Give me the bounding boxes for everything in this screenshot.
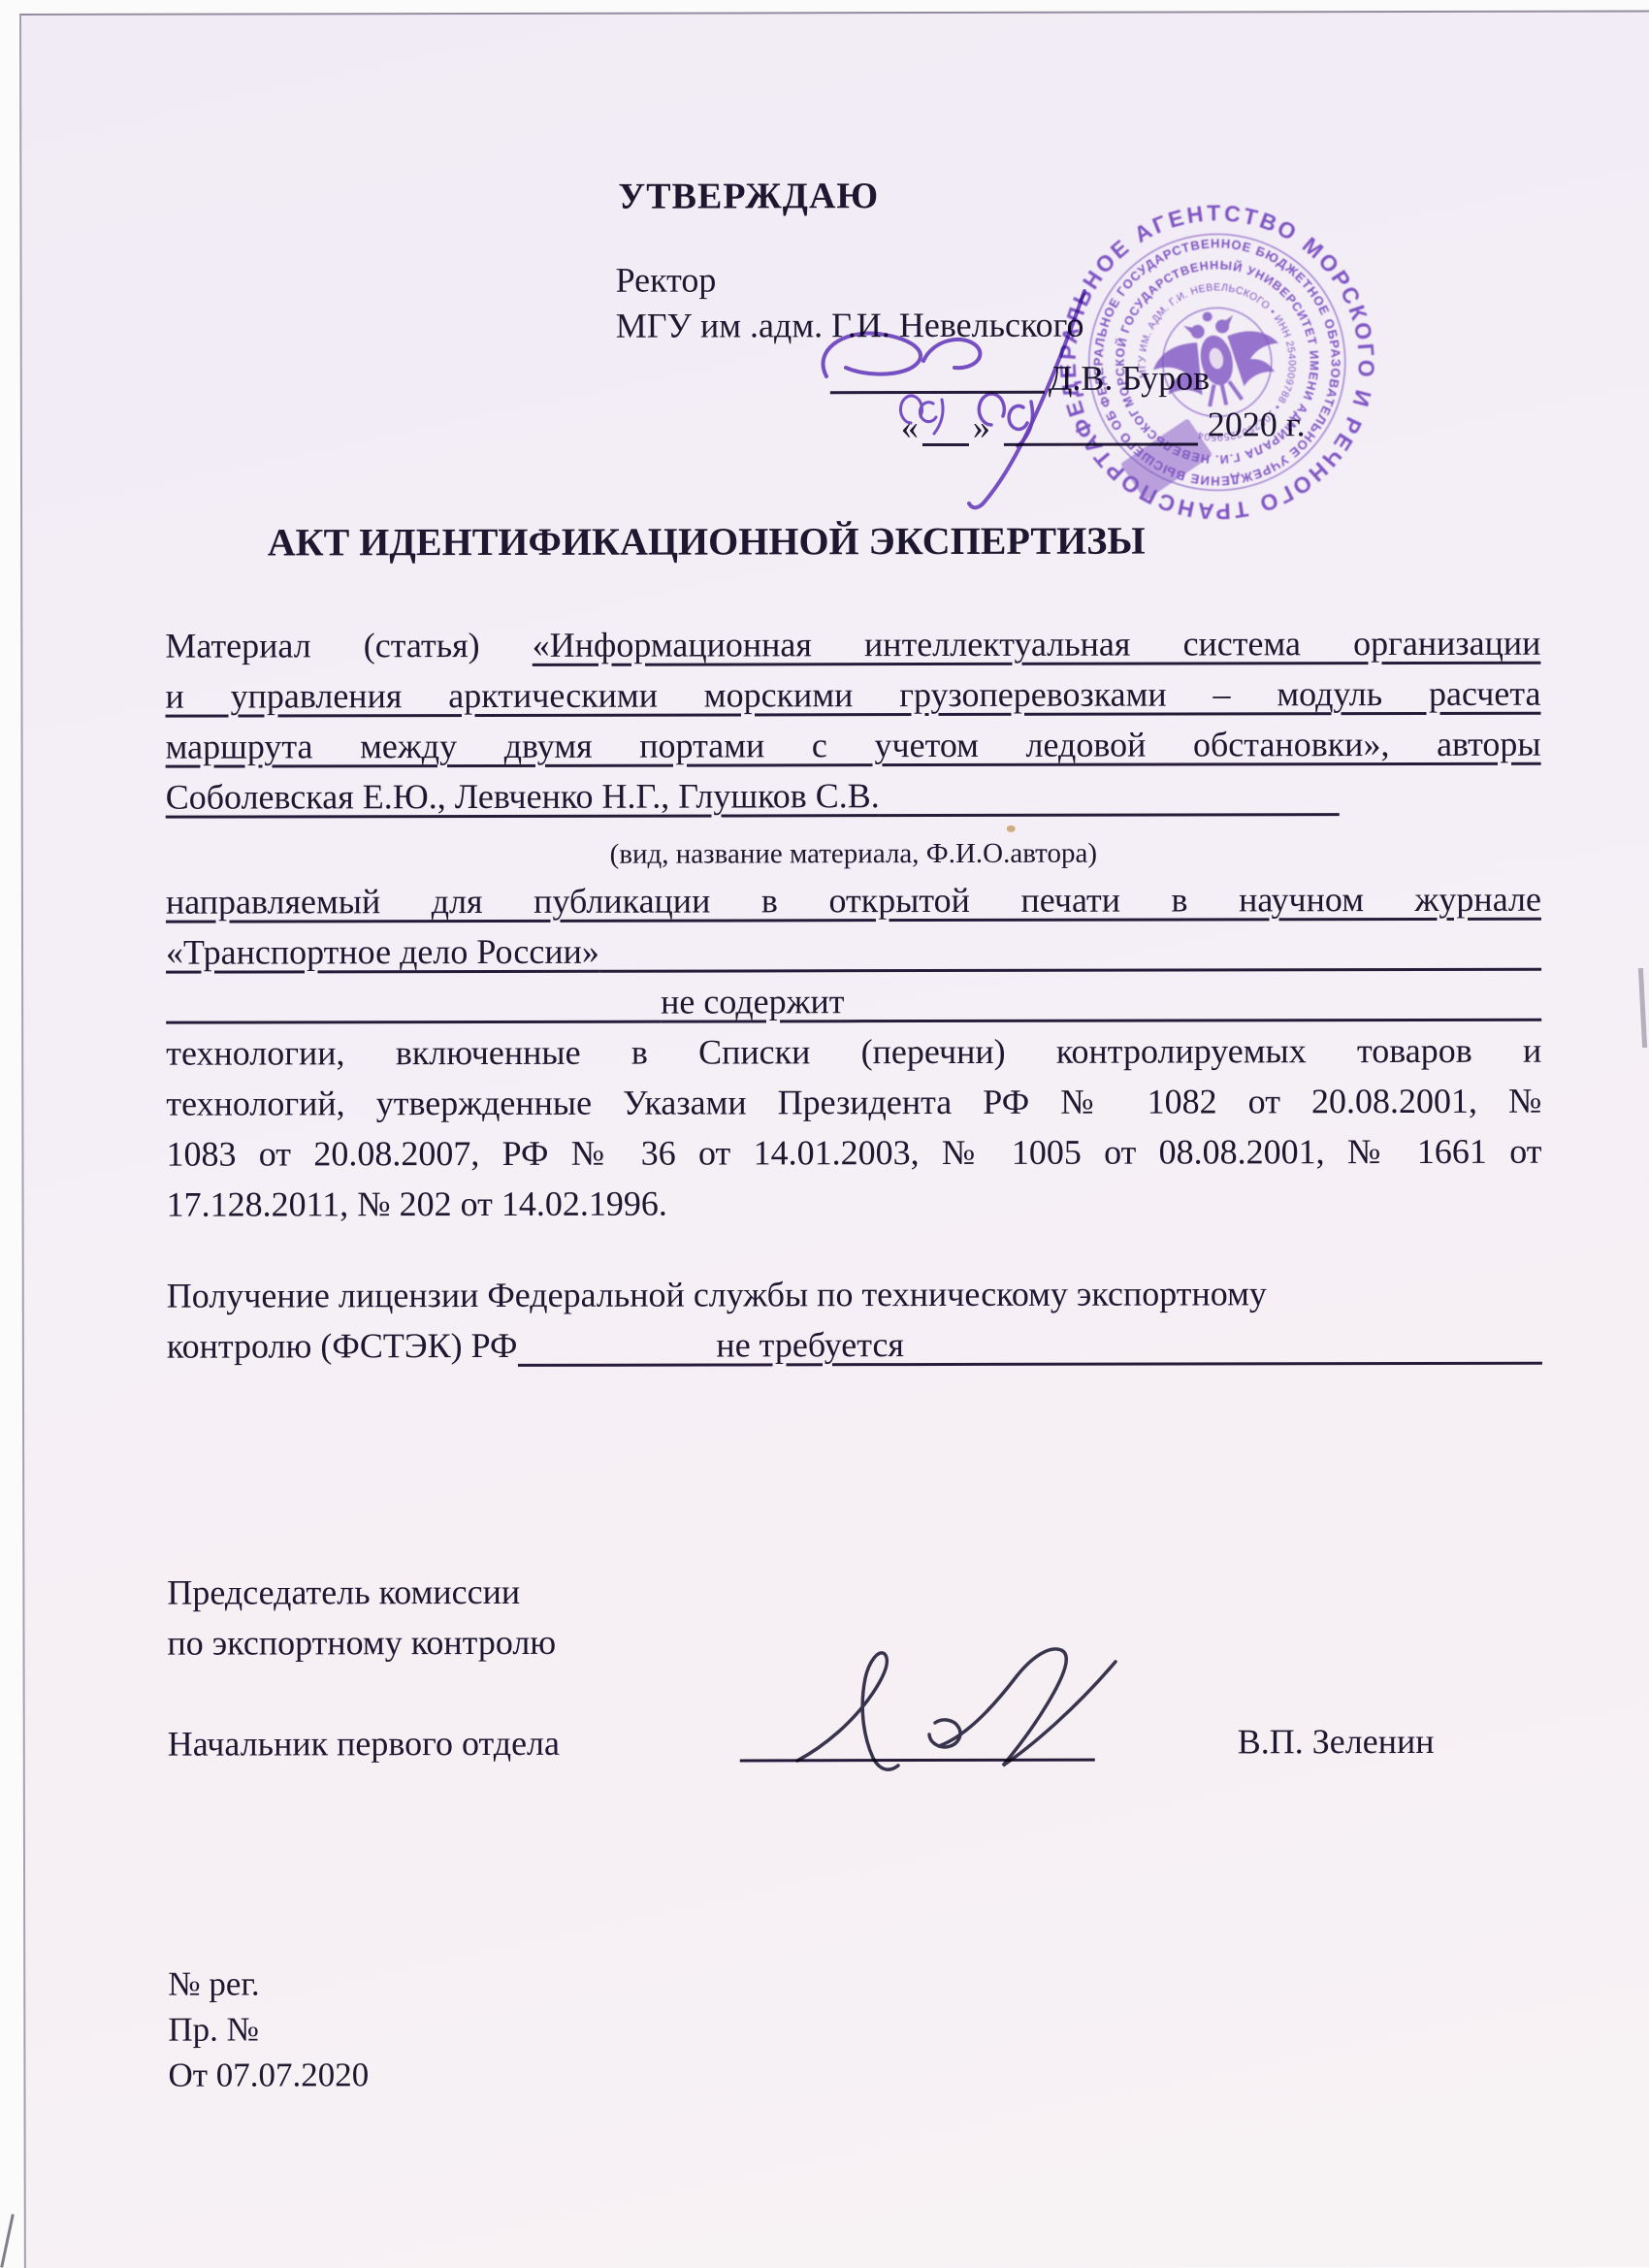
material-line-3: маршрута между двумя портами с учетом ле…	[166, 719, 1541, 772]
material-prefix: Материал (статья)	[165, 626, 479, 665]
authors-blank-line	[880, 769, 1340, 817]
chairman-title-line-1: Председатель комиссии	[167, 1567, 520, 1618]
tech-line-4: 17.128.2011, № 202 от 14.02.1996.	[167, 1179, 667, 1230]
chairman-title-line-2: по экспортному контролю	[167, 1617, 556, 1669]
license-blank-right	[904, 1318, 1542, 1366]
rector-title: Ректор	[616, 254, 717, 305]
tech-line-2: технологий, утвержденные Указами Президе…	[166, 1076, 1541, 1129]
date-quote-close: »	[973, 402, 990, 452]
verdict-blank-right	[844, 975, 1541, 1023]
tech-line-3: 1083 от 20.08.2007, РФ № 36 от 14.01.200…	[166, 1126, 1541, 1180]
destination-line-1: направляемый для публикации в открытой п…	[166, 874, 1541, 927]
approve-label: УТВЕРЖДАЮ	[618, 171, 879, 222]
footer-protocol-number: Пр. №	[168, 2004, 259, 2055]
license-blank-left	[517, 1319, 716, 1366]
authors-text: Соболевская Е.Ю., Левченко Н.Г., Глушков…	[166, 770, 880, 823]
destination-line-2: «Транспортное дело России»	[166, 924, 1541, 978]
paper-speck	[1007, 826, 1016, 832]
head-name: В.П. Зеленин	[1238, 1716, 1435, 1766]
scanned-document: УТВЕРЖДАЮ Ректор МГУ им .адм. Г.И. Невел…	[0, 0, 1649, 2268]
license-line-2: контролю (ФСТЭК) РФ не требуется	[167, 1318, 1542, 1372]
verdict-blank-left	[166, 977, 661, 1024]
material-line-4: Соболевская Е.Ю., Левченко Н.Г., Глушков…	[166, 769, 1340, 823]
head-title: Начальник первого отдела	[168, 1718, 560, 1769]
date-quote-open: «	[901, 402, 919, 452]
material-title-part1: «Информационная интеллектуальная система…	[533, 624, 1541, 664]
tech-line-1: технологии, включенные в Списки (перечни…	[166, 1025, 1541, 1079]
license-prefix: контролю (ФСТЭК) РФ	[167, 1320, 518, 1372]
footer-date: От 07.07.2020	[168, 2050, 369, 2100]
stamp-graphic: ФЕДЕРАЛЬНОЕ АГЕНТСТВО МОРСКОГО И РЕЧНОГО…	[1017, 162, 1417, 563]
university-name: МГУ им .адм. Г.И. Невельского	[616, 300, 1084, 351]
official-stamp: ФЕДЕРАЛЬНОЕ АГЕНТСТВО МОРСКОГО И РЕЧНОГО…	[1017, 162, 1417, 563]
verdict-text: не содержит	[661, 976, 844, 1026]
rector-signature-line	[830, 391, 1045, 394]
material-caption: (вид, название материала, Ф.И.О.автора)	[166, 827, 1541, 881]
material-line-2: и управления арктическими морскими грузо…	[165, 668, 1540, 722]
scan-edge-mark-bottom-left	[0, 2214, 15, 2267]
license-value: не требуется	[716, 1319, 904, 1370]
verdict-line: не содержит	[166, 975, 1541, 1028]
document-page: УТВЕРЖДАЮ Ректор МГУ им .адм. Г.И. Невел…	[19, 10, 1649, 2268]
license-line-1: Получение лицензии Федеральной службы по…	[167, 1268, 1267, 1320]
journal-name: «Транспортное дело России»	[166, 926, 599, 978]
date-day-line	[922, 443, 969, 446]
journal-blank-line	[599, 924, 1541, 973]
footer-reg-number: № рег.	[168, 1959, 259, 2009]
head-signature-line	[740, 1759, 1095, 1763]
material-line-1: Материал (статья) «Информационная интелл…	[165, 618, 1540, 671]
